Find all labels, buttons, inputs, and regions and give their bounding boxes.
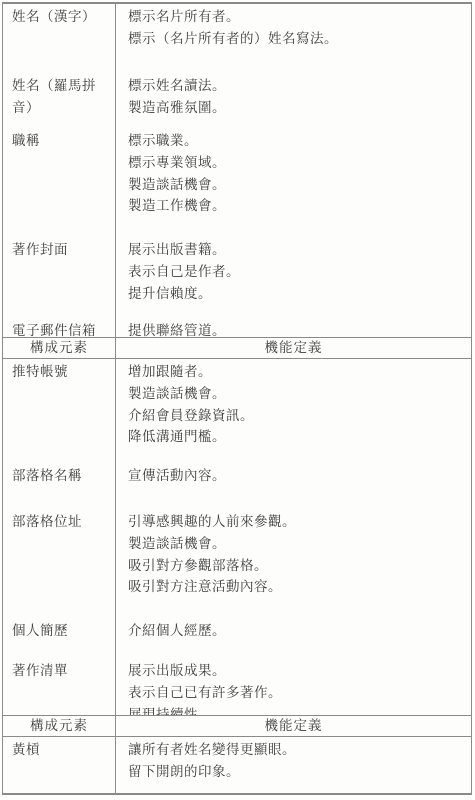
element-cell: 姓名（漢字） <box>3 4 116 73</box>
table-row: 部落格名稱宣傳活動內容。 <box>3 463 471 509</box>
column-header-definition: 機能定義 <box>116 338 471 358</box>
table-header-row: 構成元素 機能定義 <box>3 337 471 359</box>
column-header-element: 構成元素 <box>3 338 116 358</box>
element-cell: 著作清單 <box>3 658 116 715</box>
definition-line: 介紹會員登錄資訊。 <box>128 405 463 427</box>
definition-line: 引導感興趣的人前來參觀。 <box>128 511 463 533</box>
definition-line: 提升信賴度。 <box>128 283 463 305</box>
table-row: 姓名（漢字）標示名片所有者。標示（名片所有者的）姓名寫法。 <box>3 4 471 73</box>
definition-line: 展現持續性。 <box>128 704 463 715</box>
definition-line: 展示出版書籍。 <box>128 239 463 261</box>
table-section-top: 姓名（漢字）標示名片所有者。標示（名片所有者的）姓名寫法。姓名（羅馬拼音）標示姓… <box>3 4 471 337</box>
element-cell: 著作封面 <box>3 237 116 318</box>
element-cell: 部落格名稱 <box>3 463 116 509</box>
definition-line: 標示（名片所有者的）姓名寫法。 <box>128 28 463 50</box>
column-header-definition: 機能定義 <box>116 716 471 736</box>
definition-cell: 宣傳活動內容。 <box>116 463 471 509</box>
definition-line: 宣傳活動內容。 <box>128 465 463 487</box>
definition-cell: 介紹個人經歷。 <box>116 618 471 658</box>
table-row: 著作封面展示出版書籍。表示自己是作者。提升信賴度。 <box>3 237 471 318</box>
definition-line: 製造工作機會。 <box>128 195 463 217</box>
definition-cell: 標示名片所有者。標示（名片所有者的）姓名寫法。 <box>116 4 471 73</box>
table-row: 電子郵件信箱提供聯絡管道。 <box>3 318 471 337</box>
element-cell: 黃槓 <box>3 737 116 793</box>
definition-cell: 增加跟隨者。製造談話機會。介紹會員登錄資訊。降低溝通門檻。 <box>116 359 471 463</box>
definition-line: 讓所有者姓名變得更顯眼。 <box>128 739 463 761</box>
document-page: 姓名（漢字）標示名片所有者。標示（名片所有者的）姓名寫法。姓名（羅馬拼音）標示姓… <box>0 0 475 800</box>
components-functions-table: 姓名（漢字）標示名片所有者。標示（名片所有者的）姓名寫法。姓名（羅馬拼音）標示姓… <box>2 2 472 795</box>
definition-line: 展示出版成果。 <box>128 660 463 682</box>
element-cell: 推特帳號 <box>3 359 116 463</box>
definition-cell: 展示出版成果。表示自己已有許多著作。展現持續性。 <box>116 658 471 715</box>
table-section-bottom: 黃槓讓所有者姓名變得更顯眼。留下開朗的印象。 <box>3 737 471 793</box>
definition-line: 標示職業。 <box>128 130 463 152</box>
table-row: 推特帳號增加跟隨者。製造談話機會。介紹會員登錄資訊。降低溝通門檻。 <box>3 359 471 463</box>
table-row: 姓名（羅馬拼音）標示姓名讀法。製造高雅氛圍。 <box>3 73 471 128</box>
definition-line: 留下開朗的印象。 <box>128 761 463 783</box>
definition-line: 製造談話機會。 <box>128 174 463 196</box>
table-row: 部落格位址引導感興趣的人前來參觀。製造談話機會。吸引對方參觀部落格。吸引對方注意… <box>3 509 471 618</box>
definition-line: 標示名片所有者。 <box>128 6 463 28</box>
table-section-middle: 推特帳號增加跟隨者。製造談話機會。介紹會員登錄資訊。降低溝通門檻。部落格名稱宣傳… <box>3 359 471 715</box>
definition-line: 製造高雅氛圍。 <box>128 97 463 119</box>
definition-line: 標示姓名讀法。 <box>128 75 463 97</box>
table-row: 黃槓讓所有者姓名變得更顯眼。留下開朗的印象。 <box>3 737 471 793</box>
table-header-row: 構成元素 機能定義 <box>3 715 471 737</box>
definition-cell: 展示出版書籍。表示自己是作者。提升信賴度。 <box>116 237 471 318</box>
element-cell: 職稱 <box>3 128 116 237</box>
definition-line: 製造談話機會。 <box>128 533 463 555</box>
definition-line: 表示自己已有許多著作。 <box>128 682 463 704</box>
definition-line: 增加跟隨者。 <box>128 361 463 383</box>
table-row: 職稱標示職業。標示專業領域。製造談話機會。製造工作機會。 <box>3 128 471 237</box>
element-cell: 個人簡歷 <box>3 618 116 658</box>
definition-cell: 提供聯絡管道。 <box>116 318 471 337</box>
definition-line: 標示專業領域。 <box>128 152 463 174</box>
element-cell: 姓名（羅馬拼音） <box>3 73 116 128</box>
definition-line: 提供聯絡管道。 <box>128 320 463 337</box>
definition-cell: 標示姓名讀法。製造高雅氛圍。 <box>116 73 471 128</box>
definition-line: 表示自己是作者。 <box>128 261 463 283</box>
element-cell: 部落格位址 <box>3 509 116 618</box>
definition-line: 吸引對方注意活動內容。 <box>128 576 463 598</box>
definition-cell: 讓所有者姓名變得更顯眼。留下開朗的印象。 <box>116 737 471 793</box>
column-header-element: 構成元素 <box>3 716 116 736</box>
definition-cell: 引導感興趣的人前來參觀。製造談話機會。吸引對方參觀部落格。吸引對方注意活動內容。 <box>116 509 471 618</box>
definition-line: 吸引對方參觀部落格。 <box>128 555 463 577</box>
definition-line: 製造談話機會。 <box>128 383 463 405</box>
definition-line: 介紹個人經歷。 <box>128 620 463 642</box>
definition-line: 降低溝通門檻。 <box>128 426 463 448</box>
element-cell: 電子郵件信箱 <box>3 318 116 337</box>
definition-cell: 標示職業。標示專業領域。製造談話機會。製造工作機會。 <box>116 128 471 237</box>
table-row: 個人簡歷介紹個人經歷。 <box>3 618 471 658</box>
table-row: 著作清單展示出版成果。表示自己已有許多著作。展現持續性。 <box>3 658 471 715</box>
